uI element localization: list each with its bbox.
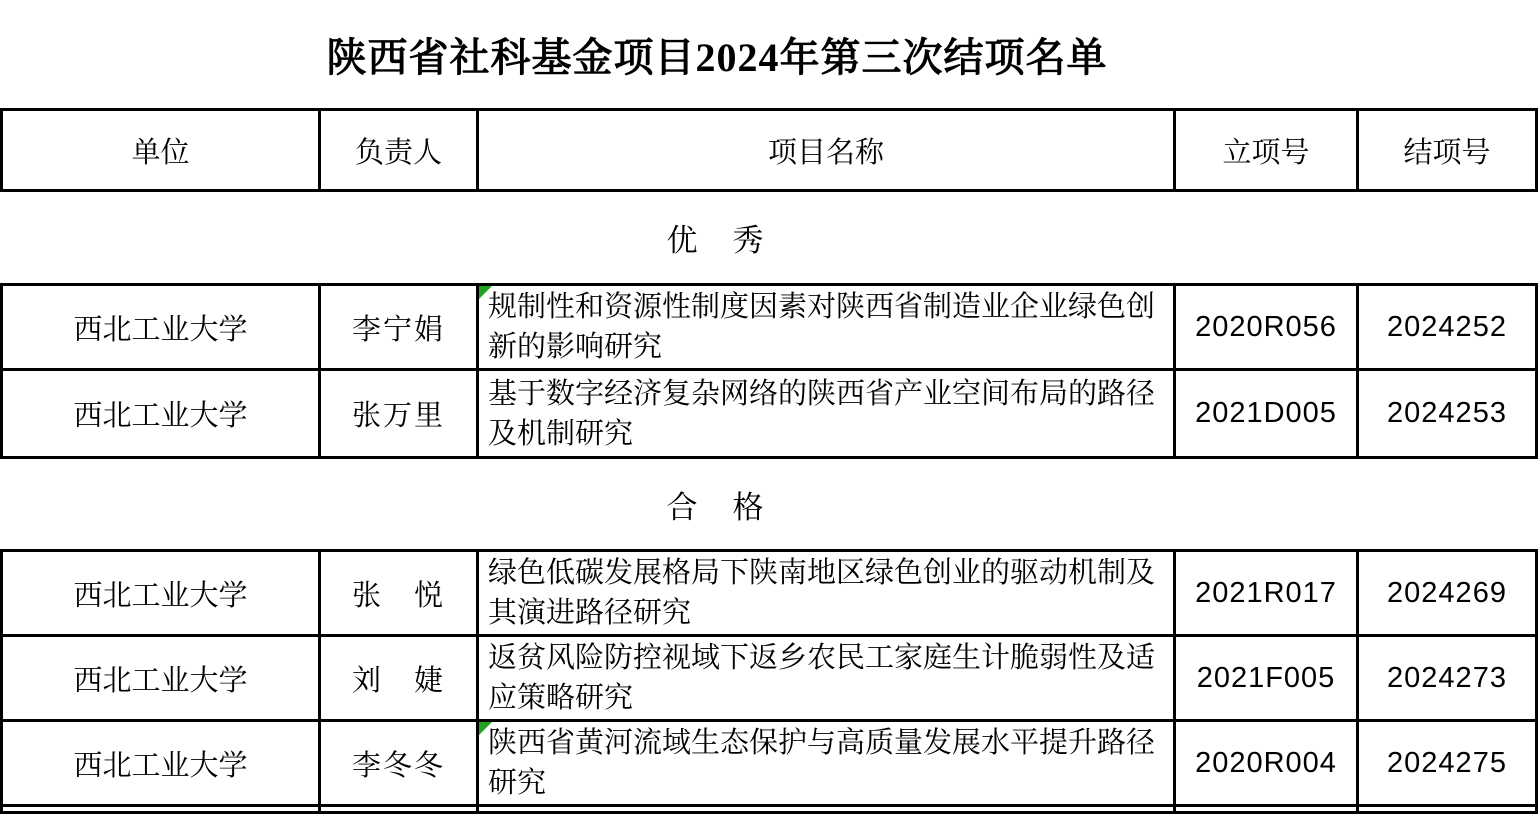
column-header-unit: 单位 xyxy=(3,111,321,189)
project-name-text: 规制性和资源性制度因素对陕西省制造业企业绿色创新的影响研究 xyxy=(488,287,1164,367)
section-label-text: 合 格 xyxy=(667,482,766,527)
document-page: 陕西省社科基金项目2024年第三次结项名单 单位 负责人 项目名称 立项号 结项… xyxy=(0,0,1538,814)
completion-no-cell: 2024252 xyxy=(1359,286,1535,368)
leader-cell: 李宁娟 xyxy=(321,286,479,368)
project-name-cell: 规制性和资源性制度因素对陕西省制造业企业绿色创新的影响研究 xyxy=(479,286,1176,368)
completion-no-cell: 2024275 xyxy=(1359,722,1535,804)
completion-no-cell: 2024269 xyxy=(1359,552,1535,634)
project-name-cell: 陕西省黄河流域生态保护与高质量发展水平提升路径研究 xyxy=(479,722,1176,804)
column-header-leader: 负责人 xyxy=(321,111,479,189)
table-row: 西北工业大学 李冬冬 陕西省黄河流域生态保护与高质量发展水平提升路径研究 202… xyxy=(3,722,1535,807)
project-name-cell xyxy=(479,807,1176,811)
header-row: 单位 负责人 项目名称 立项号 结项号 xyxy=(3,111,1535,189)
cell-corner-flag-icon xyxy=(479,722,492,735)
project-name-text: 基于数字经济复杂网络的陕西省产业空间布局的路径及机制研究 xyxy=(488,374,1164,454)
cell-corner-flag-icon xyxy=(479,286,492,299)
approval-no-cell: 2020R004 xyxy=(1176,722,1359,804)
project-name-cell: 绿色低碳发展格局下陕南地区绿色创业的驱动机制及其演进路径研究 xyxy=(479,552,1176,634)
leader-cell: 张万里 xyxy=(321,371,479,456)
leader-cell xyxy=(321,807,479,811)
table-row: 西北工业大学 张 悦 绿色低碳发展格局下陕南地区绿色创业的驱动机制及其演进路径研… xyxy=(3,552,1535,637)
unit-cell: 西北工业大学 xyxy=(3,371,321,456)
section-label-excellent: 优 秀 xyxy=(0,192,1538,283)
leader-cell: 张 悦 xyxy=(321,552,479,634)
column-header-approval-no: 立项号 xyxy=(1176,111,1359,189)
table-header: 单位 负责人 项目名称 立项号 结项号 xyxy=(0,108,1538,192)
approval-no-cell xyxy=(1176,807,1359,811)
project-name-text: 陕西省黄河流域生态保护与高质量发展水平提升路径研究 xyxy=(488,723,1164,803)
completion-no-cell xyxy=(1359,807,1535,811)
project-name-cell: 基于数字经济复杂网络的陕西省产业空间布局的路径及机制研究 xyxy=(479,371,1176,456)
approval-no-cell: 2021R017 xyxy=(1176,552,1359,634)
unit-cell: 西北工业大学 xyxy=(3,722,321,804)
project-name-text: 返贫风险防控视域下返乡农民工家庭生计脆弱性及适应策略研究 xyxy=(488,638,1164,718)
approval-no-cell: 2020R056 xyxy=(1176,286,1359,368)
unit-cell xyxy=(3,807,321,811)
unit-cell: 西北工业大学 xyxy=(3,637,321,719)
approval-no-cell: 2021D005 xyxy=(1176,371,1359,456)
table-row: 西北工业大学 刘 婕 返贫风险防控视域下返乡农民工家庭生计脆弱性及适应策略研究 … xyxy=(3,637,1535,722)
project-name-text: 绿色低碳发展格局下陕南地区绿色创业的驱动机制及其演进路径研究 xyxy=(488,553,1164,633)
completion-no-cell: 2024273 xyxy=(1359,637,1535,719)
section-label-text: 优 秀 xyxy=(667,215,766,260)
project-name-cell: 返贫风险防控视域下返乡农民工家庭生计脆弱性及适应策略研究 xyxy=(479,637,1176,719)
leader-cell: 刘 婕 xyxy=(321,637,479,719)
column-header-completion-no: 结项号 xyxy=(1359,111,1535,189)
approval-no-cell: 2021F005 xyxy=(1176,637,1359,719)
column-header-project-name: 项目名称 xyxy=(479,111,1176,189)
table-row: 西北工业大学 张万里 基于数字经济复杂网络的陕西省产业空间布局的路径及机制研究 … xyxy=(3,371,1535,456)
unit-cell: 西北工业大学 xyxy=(3,286,321,368)
page-title: 陕西省社科基金项目2024年第三次结项名单 xyxy=(0,0,1538,108)
table-row: 西北工业大学 李宁娟 规制性和资源性制度因素对陕西省制造业企业绿色创新的影响研究… xyxy=(3,286,1535,371)
unit-cell: 西北工业大学 xyxy=(3,552,321,634)
table-body-qualified: 西北工业大学 张 悦 绿色低碳发展格局下陕南地区绿色创业的驱动机制及其演进路径研… xyxy=(0,549,1538,814)
table-row-partial xyxy=(3,807,1535,811)
leader-cell: 李冬冬 xyxy=(321,722,479,804)
completion-no-cell: 2024253 xyxy=(1359,371,1535,456)
section-label-qualified: 合 格 xyxy=(0,459,1538,549)
table-body-excellent: 西北工业大学 李宁娟 规制性和资源性制度因素对陕西省制造业企业绿色创新的影响研究… xyxy=(0,283,1538,459)
